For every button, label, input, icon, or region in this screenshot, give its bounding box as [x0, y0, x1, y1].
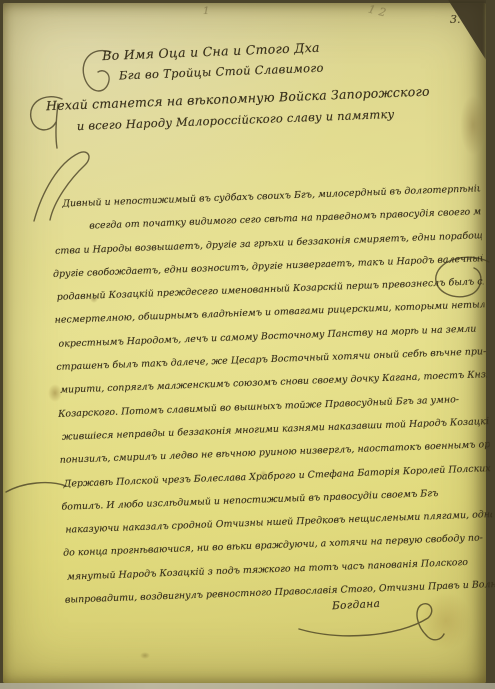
- page-number: 3.: [450, 13, 461, 26]
- header-block: Во Имя Оца и Сна и Стого Дха Бга во Трой…: [0, 35, 443, 136]
- manuscript-scan: 1 12 3. Во Имя Оца и Сна и Стого Дха Бга…: [0, 0, 495, 689]
- body-text-block: Дивный и непостижимый въ судбахъ своихъ …: [50, 177, 495, 612]
- catchword: Богдана: [332, 598, 381, 613]
- scanner-bed-strip: [0, 683, 495, 689]
- faint-pencil-mark: 1: [203, 6, 209, 17]
